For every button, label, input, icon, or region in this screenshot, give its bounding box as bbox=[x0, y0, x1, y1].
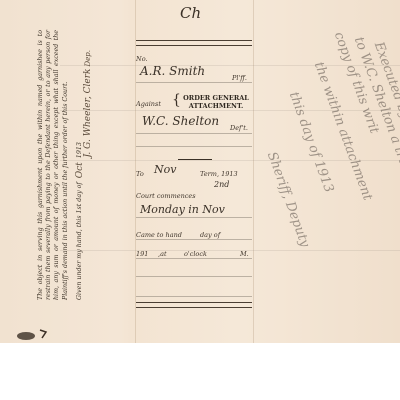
rule-line bbox=[136, 146, 252, 147]
rule-line bbox=[136, 82, 252, 83]
rule-line bbox=[136, 239, 252, 240]
rule-line bbox=[136, 258, 252, 259]
form-title: ORDER GENERAL ATTACHMENT. bbox=[178, 95, 254, 110]
rule-line bbox=[136, 217, 252, 218]
given-month: Oct bbox=[76, 162, 84, 178]
double-rule bbox=[136, 40, 252, 46]
given-text: Given under my hand, this 1st day of bbox=[76, 182, 84, 300]
short-rule bbox=[178, 159, 212, 160]
plaintiff-name: A.R. Smith bbox=[140, 64, 205, 78]
against-label: Against bbox=[136, 100, 161, 108]
day-of-label: day of bbox=[200, 231, 220, 239]
ink-blot-icon bbox=[12, 328, 52, 342]
garnishment-notice-text: The object in serving this garnishment u… bbox=[37, 30, 70, 300]
document-paper: The object in serving this garnishment u… bbox=[0, 0, 400, 343]
clerk-signature-sub: Dep. bbox=[84, 50, 92, 66]
rule-line bbox=[136, 276, 252, 277]
clerk-signature: J. G. Wheeler, Clerk bbox=[83, 68, 93, 157]
year-label: 191 bbox=[136, 250, 148, 258]
double-rule bbox=[136, 302, 252, 308]
meridiem-label: M. bbox=[240, 250, 249, 258]
form-title-line2: ATTACHMENT. bbox=[178, 103, 254, 111]
handwriting-line: Sheriff, Deputy bbox=[264, 150, 312, 249]
defendant-suffix: Def't. bbox=[230, 124, 248, 132]
top-mark: Ch bbox=[180, 4, 201, 22]
court-commences-label: Court commences bbox=[136, 192, 196, 200]
attachment-form: Ch No. A.R. Smith Pl'ff. Against { ORDER… bbox=[136, 0, 252, 343]
court-ordinal: 2nd bbox=[214, 180, 229, 189]
term-label: Term, 1913 bbox=[200, 170, 238, 178]
to-label: To bbox=[136, 170, 144, 178]
rule-line bbox=[136, 296, 252, 297]
fold-line bbox=[253, 0, 254, 343]
plaintiff-suffix: Pl'ff. bbox=[232, 74, 247, 82]
no-label: No. bbox=[136, 55, 148, 63]
garnishment-notice-panel: The object in serving this garnishment u… bbox=[25, 30, 105, 300]
oclock-label: o'clock bbox=[184, 250, 207, 258]
defendant-name: W.C. Shelton bbox=[142, 114, 219, 128]
rule-line bbox=[136, 133, 252, 134]
term-value: Nov bbox=[154, 163, 176, 176]
court-commences-value: Monday in Nov bbox=[140, 203, 225, 216]
came-to-hand-label: Came to hand bbox=[136, 231, 182, 239]
at-label: ,at bbox=[158, 250, 167, 258]
